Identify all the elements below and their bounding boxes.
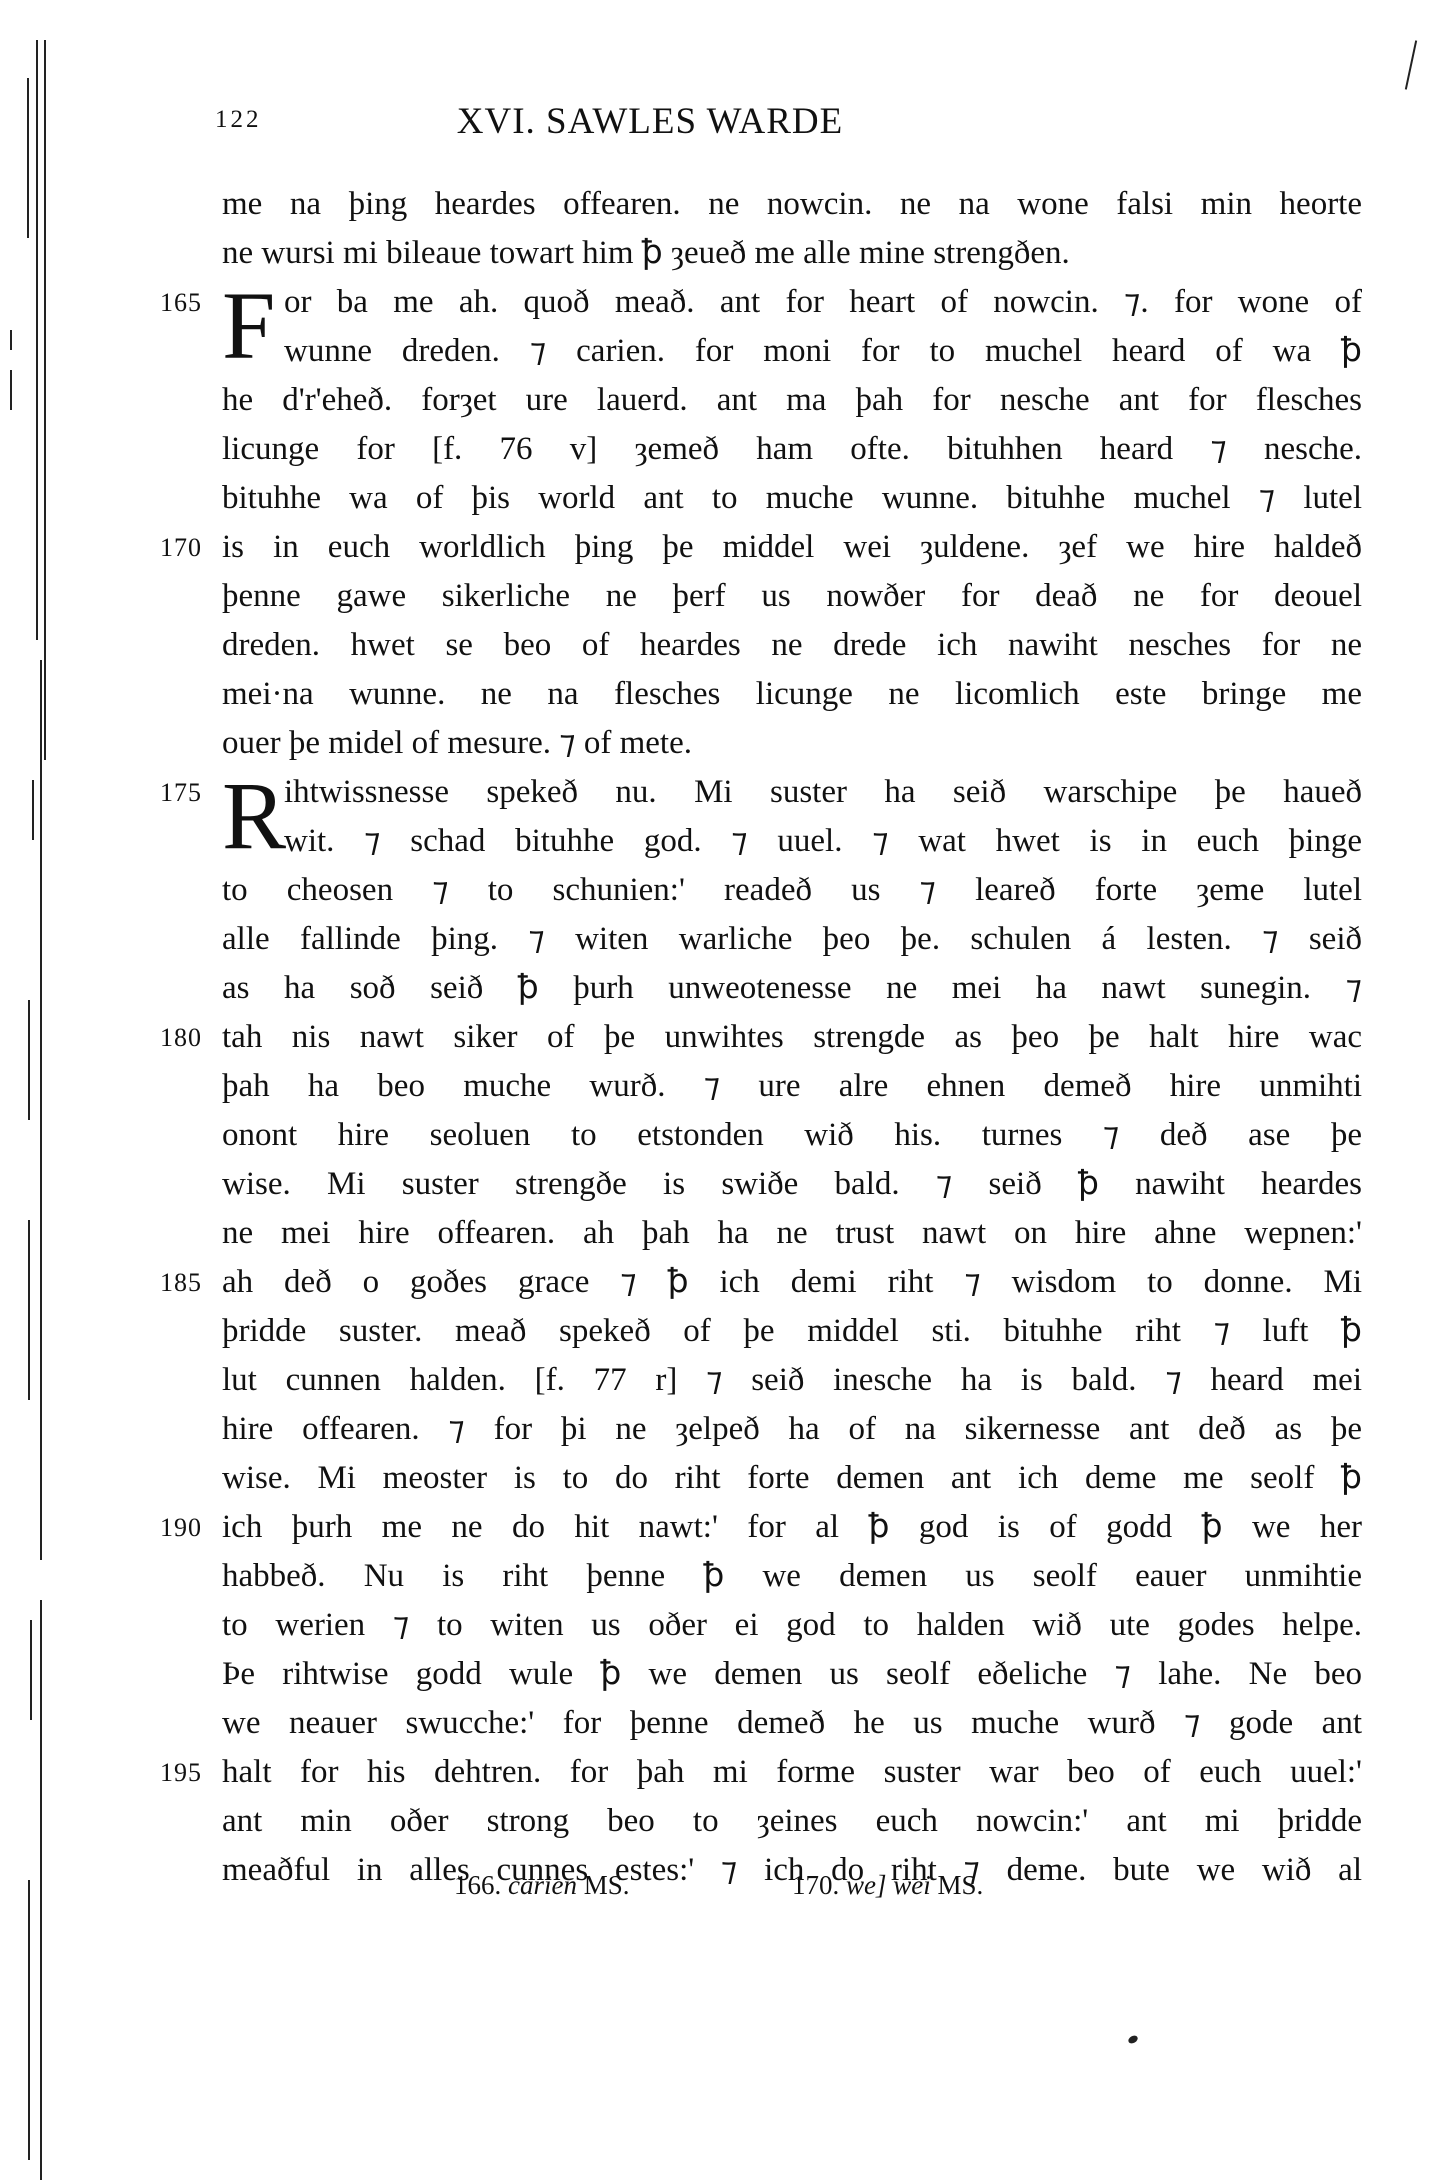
- text-line: wit. ⁊ schad bituhhe god. ⁊ uuel. ⁊ wat …: [222, 817, 1362, 866]
- text-line: ouer þe midel of mesure. ⁊ of mete.: [222, 719, 1362, 768]
- text-line: to werien ⁊ to witen us oðer ei god to h…: [222, 1601, 1362, 1650]
- line-text: ich þurh me ne do hit nawt:' for al ꝥ go…: [222, 1503, 1362, 1552]
- line-text: to cheosen ⁊ to schunien:' readeð us ⁊ l…: [222, 866, 1362, 915]
- text-line: wunne dreden. ⁊ carien. for moni for to …: [222, 327, 1362, 376]
- book-page: 122 XVI. SAWLES WARDE me na þing heardes…: [0, 0, 1430, 2184]
- footnote-ref: 166.: [454, 1870, 501, 1900]
- line-text: ne mei hire offearen. ah þah ha ne trust…: [222, 1209, 1362, 1258]
- footnote-170: 170. we] wei MS.: [792, 1870, 983, 1901]
- line-text: wise. Mi meoster is to do riht forte dem…: [222, 1454, 1362, 1503]
- footnote-variant: wei: [893, 1870, 931, 1900]
- binding-edge-artifacts: [0, 0, 60, 2184]
- line-text: ouer þe midel of mesure. ⁊ of mete.: [222, 719, 1362, 768]
- text-line: dreden. hwet se beo of heardes ne drede …: [222, 621, 1362, 670]
- line-text: lut cunnen halden. [f. 77 r] ⁊ seið ines…: [222, 1356, 1362, 1405]
- footnote-source: MS.: [938, 1870, 984, 1900]
- line-text: ihtwissnesse spekeð nu. Mi suster ha sei…: [284, 768, 1362, 817]
- line-text: is in euch worldlich þing þe middel wei …: [222, 523, 1362, 572]
- text-line: bituhhe wa of þis world ant to muche wun…: [222, 474, 1362, 523]
- line-text: alle fallinde þing. ⁊ witen warliche þeo…: [222, 915, 1362, 964]
- text-line: alle fallinde þing. ⁊ witen warliche þeo…: [222, 915, 1362, 964]
- line-text: þridde suster. meað spekeð of þe middel …: [222, 1307, 1362, 1356]
- text-line: we neauer swucche:' for þenne demeð he u…: [222, 1699, 1362, 1748]
- line-text: hire offearen. ⁊ for þi ne ȝelpeð ha of …: [222, 1405, 1362, 1454]
- text-line: Þe rihtwise godd wule ꝥ we demen us seol…: [222, 1650, 1362, 1699]
- line-text: wit. ⁊ schad bituhhe god. ⁊ uuel. ⁊ wat …: [284, 817, 1362, 866]
- line-number: 185: [160, 1258, 202, 1307]
- line-text: ant min oðer strong beo to ȝeines euch n…: [222, 1797, 1362, 1846]
- text-line: licunge for [f. 76 v] ȝemeð ham ofte. bi…: [222, 425, 1362, 474]
- line-text: wunne dreden. ⁊ carien. for moni for to …: [284, 327, 1362, 376]
- line-text: þah ha beo muche wurð. ⁊ ure alre ehnen …: [222, 1062, 1362, 1111]
- text-line: wise. Mi suster strengðe is swiðe bald. …: [222, 1160, 1362, 1209]
- line-number: 195: [160, 1748, 202, 1797]
- line-text: ah deð o goðes grace ⁊ ꝥ ich demi riht ⁊…: [222, 1258, 1362, 1307]
- text-line: 165For ba me ah. quoð meað. ant for hear…: [222, 278, 1362, 327]
- text-line: to cheosen ⁊ to schunien:' readeð us ⁊ l…: [222, 866, 1362, 915]
- text-line: ant min oðer strong beo to ȝeines euch n…: [222, 1797, 1362, 1846]
- text-line: wise. Mi meoster is to do riht forte dem…: [222, 1454, 1362, 1503]
- line-number: 180: [160, 1013, 202, 1062]
- main-text: me na þing heardes offearen. ne nowcin. …: [222, 180, 1362, 1895]
- line-text: habbeð. Nu is riht þenne ꝥ we demen us s…: [222, 1552, 1362, 1601]
- footnote-ref: 170.: [792, 1870, 839, 1900]
- line-text: bituhhe wa of þis world ant to muche wun…: [222, 474, 1362, 523]
- text-line: þridde suster. meað spekeð of þe middel …: [222, 1307, 1362, 1356]
- text-line: habbeð. Nu is riht þenne ꝥ we demen us s…: [222, 1552, 1362, 1601]
- text-line: onont hire seoluen to etstonden wið his.…: [222, 1111, 1362, 1160]
- text-line: 195halt for his dehtren. for þah mi form…: [222, 1748, 1362, 1797]
- line-text: mei·na wunne. ne na flesches licunge ne …: [222, 670, 1362, 719]
- line-text: me na þing heardes offearen. ne nowcin. …: [222, 180, 1362, 229]
- line-text: to werien ⁊ to witen us oðer ei god to h…: [222, 1601, 1362, 1650]
- line-text: or ba me ah. quoð meað. ant for heart of…: [284, 278, 1362, 327]
- text-line: me na þing heardes offearen. ne nowcin. …: [222, 180, 1362, 229]
- line-text: þenne gawe sikerliche ne þerf us nowðer …: [222, 572, 1362, 621]
- text-line: 185ah deð o goðes grace ⁊ ꝥ ich demi rih…: [222, 1258, 1362, 1307]
- text-line: þenne gawe sikerliche ne þerf us nowðer …: [222, 572, 1362, 621]
- line-text: Þe rihtwise godd wule ꝥ we demen us seol…: [222, 1650, 1362, 1699]
- chapter-title: XVI. SAWLES WARDE: [215, 100, 1045, 143]
- line-text: onont hire seoluen to etstonden wið his.…: [222, 1111, 1362, 1160]
- line-text: licunge for [f. 76 v] ȝemeð ham ofte. bi…: [222, 425, 1362, 474]
- line-text: we neauer swucche:' for þenne demeð he u…: [222, 1699, 1362, 1748]
- line-text: as ha soð seið ꝥ þurh unweotenesse ne me…: [222, 964, 1362, 1013]
- text-line: 190ich þurh me ne do hit nawt:' for al ꝥ…: [222, 1503, 1362, 1552]
- ink-speck: [1127, 2034, 1139, 2045]
- line-number: 175: [160, 768, 202, 817]
- line-text: halt for his dehtren. for þah mi forme s…: [222, 1748, 1362, 1797]
- text-line: þah ha beo muche wurð. ⁊ ure alre ehnen …: [222, 1062, 1362, 1111]
- footnote-166: 166. carien MS.: [454, 1870, 630, 1901]
- text-line: 180tah nis nawt siker of þe unwihtes str…: [222, 1013, 1362, 1062]
- footnote-lemma: we]: [846, 1870, 887, 1900]
- running-head: 122 XVI. SAWLES WARDE: [215, 100, 1045, 140]
- text-line: ne mei hire offearen. ah þah ha ne trust…: [222, 1209, 1362, 1258]
- text-line: ne wursi mi bileaue towart him ꝥ ȝeueð m…: [222, 229, 1362, 278]
- line-text: dreden. hwet se beo of heardes ne drede …: [222, 621, 1362, 670]
- margin-mark: [1405, 40, 1417, 89]
- footnote-source: MS.: [584, 1870, 630, 1900]
- footnotes: 166. carien MS. 170. we] wei MS.: [222, 1870, 1362, 1910]
- text-line: hire offearen. ⁊ for þi ne ȝelpeð ha of …: [222, 1405, 1362, 1454]
- line-number: 190: [160, 1503, 202, 1552]
- footnote-word: carien: [508, 1870, 577, 1900]
- text-line: he d'r'eheð. forȝet ure lauerd. ant ma þ…: [222, 376, 1362, 425]
- line-text: tah nis nawt siker of þe unwihtes streng…: [222, 1013, 1362, 1062]
- text-line: 175Rihtwissnesse spekeð nu. Mi suster ha…: [222, 768, 1362, 817]
- text-line: 170is in euch worldlich þing þe middel w…: [222, 523, 1362, 572]
- text-line: as ha soð seið ꝥ þurh unweotenesse ne me…: [222, 964, 1362, 1013]
- text-line: mei·na wunne. ne na flesches licunge ne …: [222, 670, 1362, 719]
- line-text: ne wursi mi bileaue towart him ꝥ ȝeueð m…: [222, 229, 1362, 278]
- line-number: 165: [160, 278, 202, 327]
- line-number: 170: [160, 523, 202, 572]
- text-line: lut cunnen halden. [f. 77 r] ⁊ seið ines…: [222, 1356, 1362, 1405]
- line-text: wise. Mi suster strengðe is swiðe bald. …: [222, 1160, 1362, 1209]
- line-text: he d'r'eheð. forȝet ure lauerd. ant ma þ…: [222, 376, 1362, 425]
